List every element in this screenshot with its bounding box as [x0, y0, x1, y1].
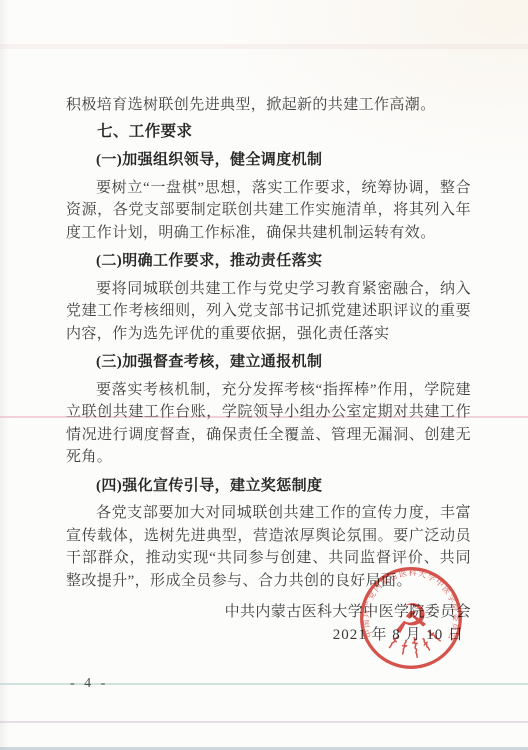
subsection-heading-1: (一)加强组织领导，健全调度机制 — [66, 149, 471, 172]
subsection-body-1: 要树立“一盘棋”思想，落实工作要求，统筹协调，整合资源，各党支部要制定联创共建工… — [66, 177, 471, 245]
subsection-heading-2: (二)明确工作要求，推动责任落实 — [66, 250, 471, 273]
scan-artifact-band-top — [0, 44, 528, 49]
subsection-body-4: 各党支部要加大对同城联创共建工作的宣传力度，丰富宣传载体，选树先进典型，营造浓厚… — [66, 502, 471, 592]
document-date: 2021 年 8 月 10 日 — [66, 624, 471, 647]
subsection-heading-3: (三)加强督查考核，建立通报机制 — [66, 351, 471, 374]
paragraph-continuation: 积极培育选树联创先进典型，掀起新的共建工作高潮。 — [66, 94, 471, 117]
issuing-committee-signature: 中共内蒙古医科大学中医学院委员会 — [66, 601, 471, 624]
scan-artifact-line-lower — [0, 721, 528, 723]
subsection-body-2: 要将同城联创共建工作与党史学习教育紧密融合，纳入党建工作考核细则，列入党支部书记… — [66, 278, 471, 346]
subsection-body-3: 要落实考核机制，充分发挥考核“指挥棒”作用，学院建立联创共建工作台账，学院领导小… — [66, 379, 471, 469]
subsection-heading-4: (四)强化宣传引导，建立奖惩制度 — [66, 475, 471, 498]
section-heading-work-requirements: 七、工作要求 — [66, 121, 471, 144]
page-number: - 4 - — [70, 676, 108, 692]
document-body: 积极培育选树联创先进典型，掀起新的共建工作高潮。 七、工作要求 (一)加强组织领… — [66, 94, 471, 646]
